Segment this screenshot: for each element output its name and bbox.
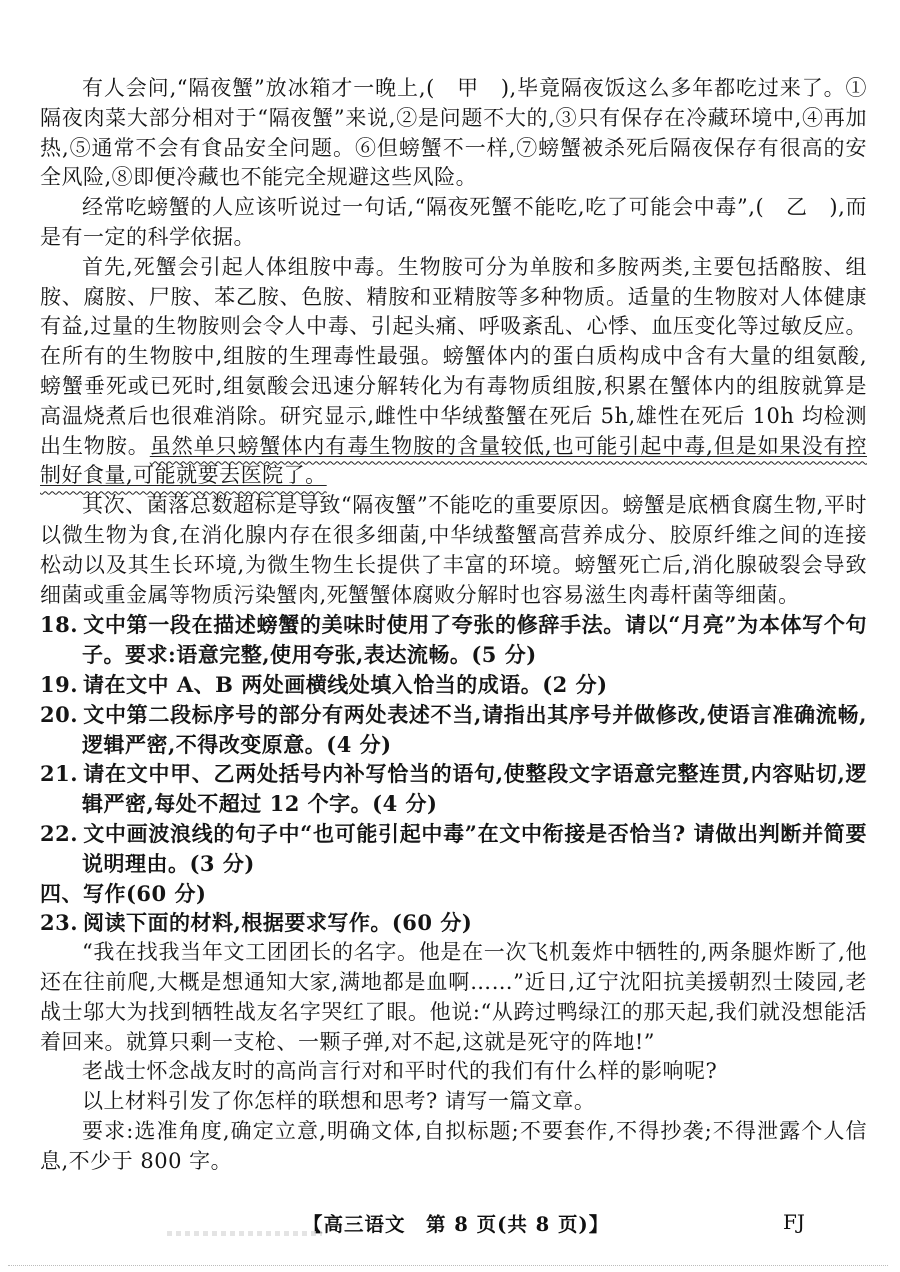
passage-paragraph-2: 经常吃螃蟹的人应该听说过一句话,“隔夜死蟹不能吃,吃了可能会中毒”,( 乙 ),…: [40, 193, 867, 253]
passage-paragraph-4-text: 其次、菌落总数超标是导致“隔夜蟹”不能吃的重要原因。螃蟹是底栖食腐生物,平时以微…: [40, 493, 867, 606]
question-21: 21.请在文中甲、乙两处括号内补写恰当的语句,使整段文字语意完整连贯,内容贴切,…: [40, 759, 867, 819]
question-22-text: 文中画波浪线的句子中“也可能引起中毒”在文中衔接是否恰当? 请做出判断并简要说明…: [82, 821, 867, 876]
essay-question-line: 老战士怀念战友时的高尚言行对和平时代的我们有什么样的影响呢?: [40, 1057, 867, 1087]
page-footer-code: FJ: [783, 1210, 805, 1234]
wavy-underlined-sentence: 虽然单只螃蟹体内有毒生物胺的含量较低,也可能引起中毒,但是如果没有控制好食量,可…: [40, 434, 867, 488]
question-18-text: 文中第一段在描述螃蟹的美味时使用了夸张的修辞手法。请以“月亮”为本体写个句子。要…: [82, 612, 867, 667]
question-23-text: 阅读下面的材料,根据要求写作。(60 分): [83, 910, 472, 935]
question-19-number: 19.: [40, 672, 78, 697]
passage-paragraph-3-text: 首先,死蟹会引起人体组胺中毒。生物胺可分为单胺和多胺两类,主要包括酪胺、组胺、腐…: [40, 255, 867, 458]
question-20: 20.文中第二段标序号的部分有两处表述不当,请指出其序号并做修改,使语言准确流畅…: [40, 700, 867, 760]
exam-page: 有人会问,“隔夜蟹”放冰箱才一晚上,( 甲 ),毕竟隔夜饭这么多年都吃过来了。①…: [0, 0, 900, 1272]
passage-paragraph-1: 有人会问,“隔夜蟹”放冰箱才一晚上,( 甲 ),毕竟隔夜饭这么多年都吃过来了。①…: [40, 74, 867, 193]
question-21-number: 21.: [40, 761, 78, 786]
question-22-number: 22.: [40, 821, 78, 846]
question-21-text: 请在文中甲、乙两处括号内补写恰当的语句,使整段文字语意完整连贯,内容贴切,逻辑严…: [82, 761, 867, 816]
section-heading-writing: 四、写作(60 分): [40, 879, 867, 909]
essay-task-line: 以上材料引发了你怎样的联想和思考? 请写一篇文章。: [40, 1087, 867, 1117]
scan-dotted-line: [8, 1265, 888, 1266]
essay-material-paragraph: “我在找我当年文工团团长的名字。他是在一次飞机轰炸中牺牲的,两条腿炸断了,他还在…: [40, 938, 867, 1057]
wavy-underlined-sentence-text: 虽然单只螃蟹体内有毒生物胺的含量较低,也可能引起中毒,但是如果没有控制好食量,可…: [40, 434, 867, 488]
question-20-text: 文中第二段标序号的部分有两处表述不当,请指出其序号并做修改,使语言准确流畅,逻辑…: [82, 702, 867, 757]
essay-material-text: “我在找我当年文工团团长的名字。他是在一次飞机轰炸中牺牲的,两条腿炸断了,他还在…: [40, 940, 867, 1053]
passage-paragraph-2-text: 经常吃螃蟹的人应该听说过一句话,“隔夜死蟹不能吃,吃了可能会中毒”,( 乙 ),…: [40, 195, 867, 249]
essay-task-line-text: 以上材料引发了你怎样的联想和思考? 请写一篇文章。: [82, 1089, 595, 1113]
scan-bleed-artifact: [167, 1231, 322, 1236]
question-18: 18.文中第一段在描述螃蟹的美味时使用了夸张的修辞手法。请以“月亮”为本体写个句…: [40, 610, 867, 670]
passage-paragraph-1-text: 有人会问,“隔夜蟹”放冰箱才一晚上,( 甲 ),毕竟隔夜饭这么多年都吃过来了。①…: [40, 76, 867, 189]
section-heading-text: 四、写作(60 分): [40, 881, 206, 906]
passage-paragraph-4: 其次、菌落总数超标是导致“隔夜蟹”不能吃的重要原因。螃蟹是底栖食腐生物,平时以微…: [40, 491, 867, 610]
question-22: 22.文中画波浪线的句子中“也可能引起中毒”在文中衔接是否恰当? 请做出判断并简…: [40, 819, 867, 879]
question-19: 19.请在文中 A、B 两处画横线处填入恰当的成语。(2 分): [40, 670, 867, 700]
exam-content: 有人会问,“隔夜蟹”放冰箱才一晚上,( 甲 ),毕竟隔夜饭这么多年都吃过来了。①…: [40, 74, 867, 1176]
question-23: 23.阅读下面的材料,根据要求写作。(60 分): [40, 908, 867, 938]
question-19-text: 请在文中 A、B 两处画横线处填入恰当的成语。(2 分): [83, 672, 607, 697]
question-23-number: 23.: [40, 910, 78, 935]
passage-paragraph-3: 首先,死蟹会引起人体组胺中毒。生物胺可分为单胺和多胺两类,主要包括酪胺、组胺、腐…: [40, 253, 867, 491]
essay-question-line-text: 老战士怀念战友时的高尚言行对和平时代的我们有什么样的影响呢?: [82, 1059, 717, 1083]
essay-requirements-text: 要求:选准角度,确定立意,明确文体,自拟标题;不要套作,不得抄袭;不得泄露个人信…: [40, 1119, 867, 1173]
essay-requirements: 要求:选准角度,确定立意,明确文体,自拟标题;不要套作,不得抄袭;不得泄露个人信…: [40, 1117, 867, 1177]
question-18-number: 18.: [40, 612, 78, 637]
question-20-number: 20.: [40, 702, 78, 727]
page-footer-label: 【高三语文 第 8 页(共 8 页)】: [303, 1209, 609, 1237]
